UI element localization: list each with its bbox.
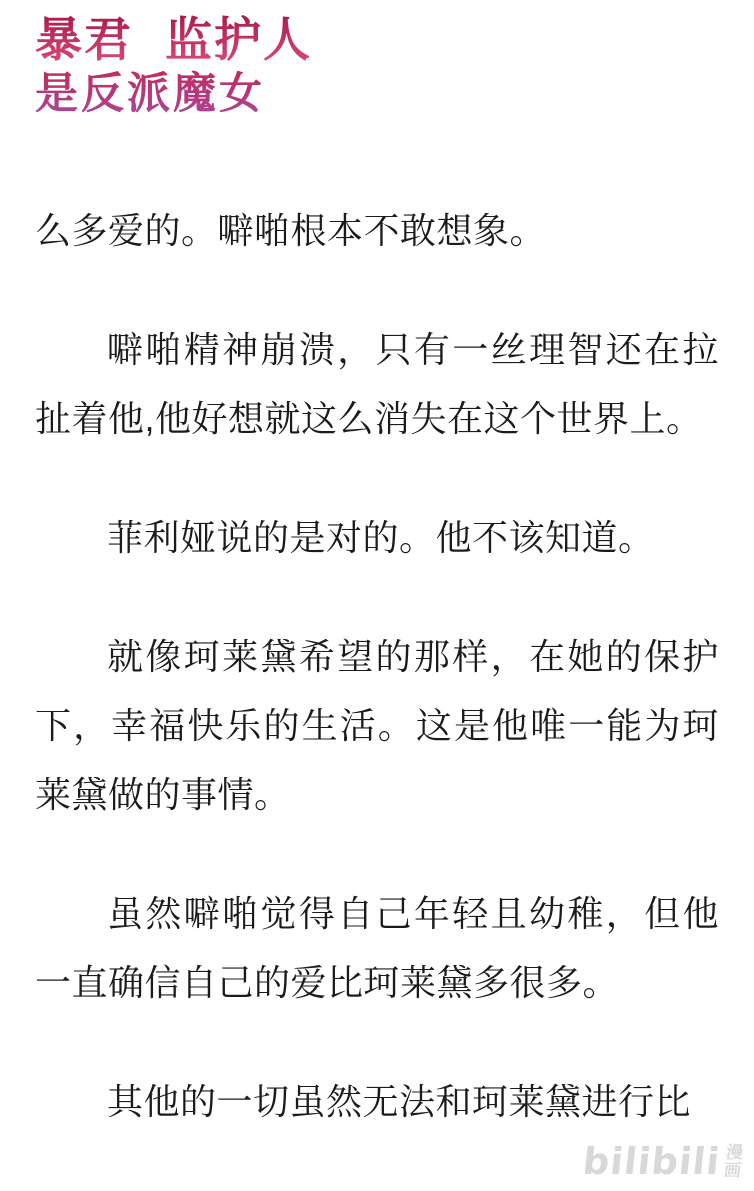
bilibili-logo-text: bilibili xyxy=(581,1140,723,1183)
paragraph-6: 其他的一切虽然无法和珂莱黛进行比 xyxy=(35,1067,719,1136)
paragraph-5: 虽然噼啪觉得自己年轻且幼稚，但他一直确信自己的爱比珂莱黛多很多。 xyxy=(35,879,719,1017)
series-title-line2: 是反派魔女 xyxy=(35,70,312,119)
chapter-text-body: 么多爱的。噼啪根本不敢想象。 噼啪精神崩溃，只有一丝理智还在拉扯着他,他好想就这… xyxy=(35,196,719,1186)
logo-text-part2-small: 的 xyxy=(133,24,165,60)
manga-label: 漫 画 xyxy=(723,1144,744,1180)
manga-label-char-top: 漫 xyxy=(725,1144,744,1162)
series-title-logo: 暴君的监护人 是反派魔女 xyxy=(35,14,312,119)
logo-text-part1: 暴君 xyxy=(35,15,133,67)
paragraph-1: 么多爱的。噼啪根本不敢想象。 xyxy=(35,196,719,265)
paragraph-4: 就像珂莱黛希望的那样，在她的保护下，幸福快乐的生活。这是他唯一能为珂莱黛做的事情… xyxy=(35,622,719,829)
paragraph-2: 噼啪精神崩溃，只有一丝理智还在拉扯着他,他好想就这么消失在这个世界上。 xyxy=(35,315,719,453)
bilibili-manga-watermark: bilibili 漫 画 xyxy=(581,1140,745,1183)
logo-text-part3: 监护人 xyxy=(165,15,312,67)
series-title-line1: 暴君的监护人 xyxy=(35,14,312,68)
manga-label-char-bottom: 画 xyxy=(723,1162,742,1180)
manga-reader-page: 暴君的监护人 是反派魔女 么多爱的。噼啪根本不敢想象。 噼啪精神崩溃，只有一丝理… xyxy=(0,0,754,1191)
paragraph-3: 菲利娅说的是对的。他不该知道。 xyxy=(35,503,719,572)
